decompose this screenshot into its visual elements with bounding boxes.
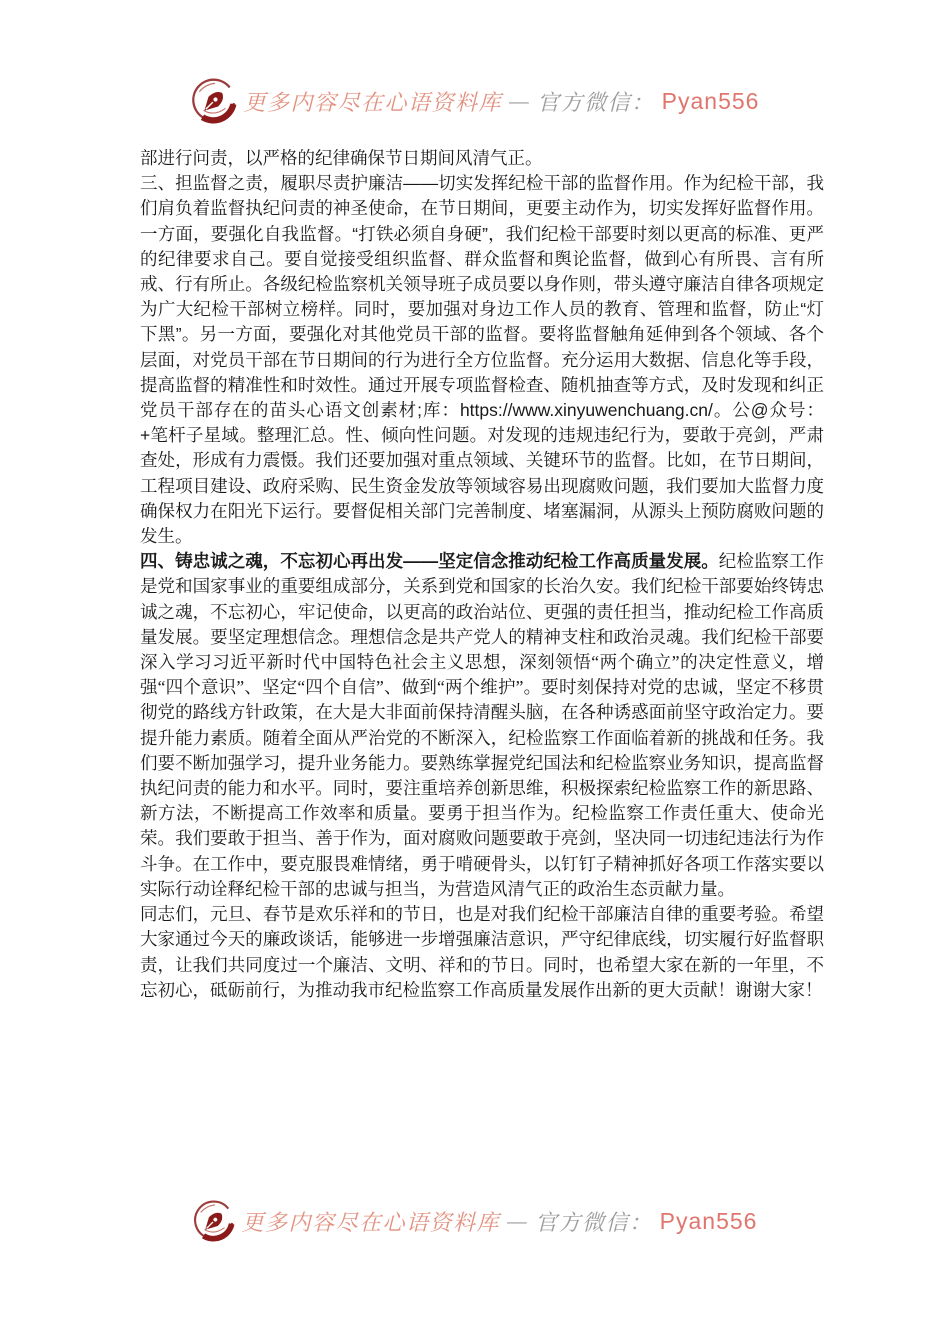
brand-separator: — bbox=[507, 1208, 528, 1234]
closing-paragraph: 同志们，元旦、春节是欢乐祥和的节日，也是对我们纪检干部廉洁自律的重要考验。希望大… bbox=[140, 902, 824, 1003]
section-4-paragraph: 四、铸忠诚之魂，不忘初心再出发——坚定信念推动纪检工作高质量发展。纪检监察工作是… bbox=[140, 549, 824, 902]
brand-text: 更多内容尽在心语资料库 bbox=[244, 86, 503, 117]
pen-nib-circle-icon bbox=[193, 1200, 235, 1242]
footer-watermark: 更多内容尽在心语资料库—官方微信： Pyan556 bbox=[0, 1200, 950, 1242]
section-4-body: 纪检监察工作是党和国家事业的重要组成部分，关系到党和国家的长治久安。我们纪检干部… bbox=[140, 551, 824, 899]
wechat-label: 官方微信： bbox=[535, 1206, 653, 1237]
section-3-paragraph: 三、担监督之责，履职尽责护廉洁——切实发挥纪检干部的监督作用。作为纪检干部，我们… bbox=[140, 171, 824, 549]
brand-separator: — bbox=[509, 88, 530, 114]
paragraph-continuation: 部进行问责，以严格的纪律确保节日期间风清气正。 bbox=[140, 146, 824, 171]
section-3-heading: 三、担监督之责，履职尽责护廉洁——切实发挥纪检干部的监督作用。 bbox=[140, 173, 684, 193]
continuation-text: 部进行问责，以严格的纪律确保节日期间风清气正。 bbox=[140, 148, 543, 168]
wechat-id: Pyan556 bbox=[662, 88, 760, 115]
section-4-heading: 四、铸忠诚之魂，不忘初心再出发——坚定信念推动纪检工作高质量发展。 bbox=[140, 551, 719, 571]
brand-text: 更多内容尽在心语资料库 bbox=[242, 1206, 501, 1237]
wechat-id: Pyan556 bbox=[660, 1208, 758, 1235]
document-page: 更多内容尽在心语资料库—官方微信： Pyan556 部进行问责，以严格的纪律确保… bbox=[0, 0, 950, 1344]
pen-nib-circle-icon bbox=[191, 78, 237, 124]
closing-text: 同志们，元旦、春节是欢乐祥和的节日，也是对我们纪检干部廉洁自律的重要考验。希望大… bbox=[140, 904, 824, 1000]
wechat-label: 官方微信： bbox=[537, 86, 655, 117]
header-watermark: 更多内容尽在心语资料库—官方微信： Pyan556 bbox=[0, 78, 950, 124]
section-3-body: 作为纪检干部，我们肩负着监督执纪问责的神圣使命，在节日期间，更要主动作为，切实发… bbox=[140, 173, 824, 546]
document-body: 部进行问责，以严格的纪律确保节日期间风清气正。 三、担监督之责，履职尽责护廉洁—… bbox=[140, 146, 824, 1003]
